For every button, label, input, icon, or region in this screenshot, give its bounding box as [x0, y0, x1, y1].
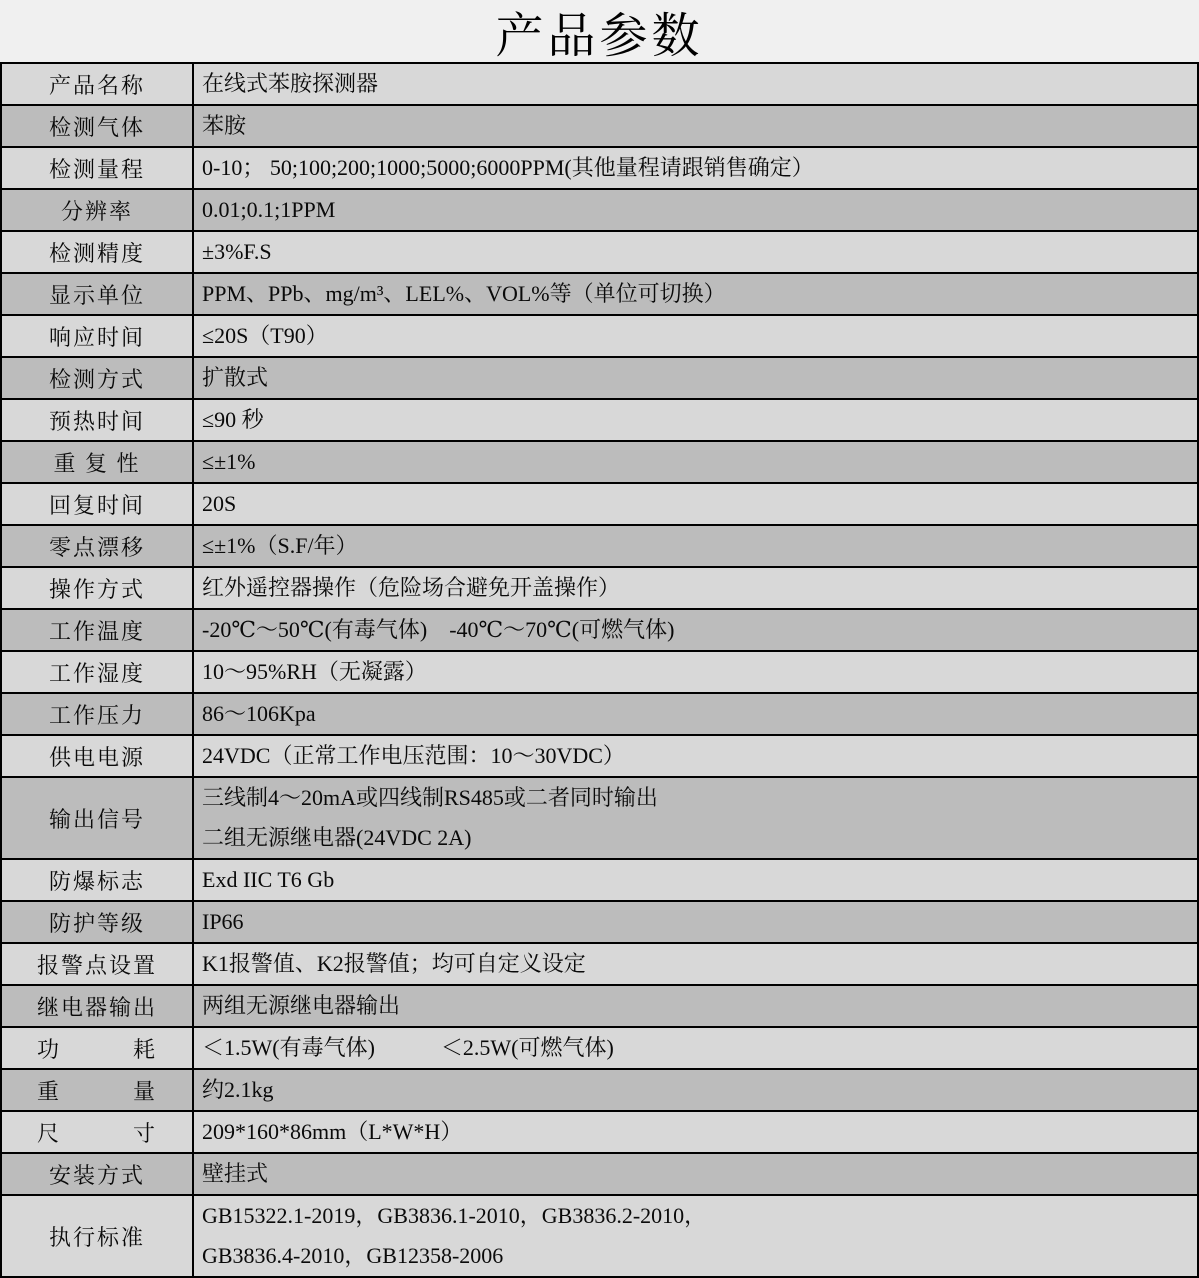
param-label: 工作压力: [1, 693, 193, 735]
table-row: 安装方式壁挂式: [1, 1153, 1198, 1195]
param-value: IP66: [193, 901, 1198, 943]
table-row: 预热时间≤90 秒: [1, 399, 1198, 441]
param-value: 红外遥控器操作（危险场合避免开盖操作）: [193, 567, 1198, 609]
param-label: 执行标准: [1, 1195, 193, 1277]
param-label: 检测方式: [1, 357, 193, 399]
table-row: 工作压力86～106Kpa: [1, 693, 1198, 735]
param-label: 尺 寸: [1, 1111, 193, 1153]
param-value: 三线制4～20mA或四线制RS485或二者同时输出 二组无源继电器(24VDC …: [193, 777, 1198, 859]
spec-table: 产品名称在线式苯胺探测器检测气体苯胺检测量程0-10； 50;100;200;1…: [0, 62, 1199, 1278]
table-row: 零点漂移≤±1%（S.F/年）: [1, 525, 1198, 567]
table-row: 检测量程0-10； 50;100;200;1000;5000;6000PPM(其…: [1, 147, 1198, 189]
table-row: 重 复 性≤±1%: [1, 441, 1198, 483]
table-row: 防爆标志Exd IIC T6 Gb: [1, 859, 1198, 901]
table-row: 回复时间20S: [1, 483, 1198, 525]
table-row: 工作温度-20℃～50℃(有毒气体) -40℃～70℃(可燃气体): [1, 609, 1198, 651]
table-row: 尺 寸209*160*86mm（L*W*H）: [1, 1111, 1198, 1153]
param-value: 苯胺: [193, 105, 1198, 147]
param-label: 继电器输出: [1, 985, 193, 1027]
param-value: 约2.1kg: [193, 1069, 1198, 1111]
param-value: ＜1.5W(有毒气体) ＜2.5W(可燃气体): [193, 1027, 1198, 1069]
param-label: 操作方式: [1, 567, 193, 609]
param-value: 0.01;0.1;1PPM: [193, 189, 1198, 231]
param-label: 功 耗: [1, 1027, 193, 1069]
param-value: 在线式苯胺探测器: [193, 63, 1198, 105]
table-row: 功 耗＜1.5W(有毒气体) ＜2.5W(可燃气体): [1, 1027, 1198, 1069]
param-label: 重 复 性: [1, 441, 193, 483]
table-row: 供电电源24VDC（正常工作电压范围：10～30VDC）: [1, 735, 1198, 777]
param-label: 工作温度: [1, 609, 193, 651]
param-label: 检测气体: [1, 105, 193, 147]
param-value: ≤±1%: [193, 441, 1198, 483]
param-value: 两组无源继电器输出: [193, 985, 1198, 1027]
param-value: -20℃～50℃(有毒气体) -40℃～70℃(可燃气体): [193, 609, 1198, 651]
spec-table-body: 产品名称在线式苯胺探测器检测气体苯胺检测量程0-10； 50;100;200;1…: [1, 63, 1198, 1277]
param-value: Exd IIC T6 Gb: [193, 859, 1198, 901]
table-row: 检测方式扩散式: [1, 357, 1198, 399]
param-value: 209*160*86mm（L*W*H）: [193, 1111, 1198, 1153]
param-label: 检测精度: [1, 231, 193, 273]
param-value: 扩散式: [193, 357, 1198, 399]
param-value: ±3%F.S: [193, 231, 1198, 273]
table-row: 报警点设置K1报警值、K2报警值；均可自定义设定: [1, 943, 1198, 985]
param-label: 零点漂移: [1, 525, 193, 567]
table-row: 产品名称在线式苯胺探测器: [1, 63, 1198, 105]
param-value: 20S: [193, 483, 1198, 525]
param-value: ≤20S（T90）: [193, 315, 1198, 357]
table-row: 分辨率0.01;0.1;1PPM: [1, 189, 1198, 231]
param-value: 0-10； 50;100;200;1000;5000;6000PPM(其他量程请…: [193, 147, 1198, 189]
table-row: 执行标准GB15322.1-2019，GB3836.1-2010，GB3836.…: [1, 1195, 1198, 1277]
page-title: 产品参数: [0, 0, 1199, 62]
table-row: 继电器输出两组无源继电器输出: [1, 985, 1198, 1027]
param-value: K1报警值、K2报警值；均可自定义设定: [193, 943, 1198, 985]
param-value: 壁挂式: [193, 1153, 1198, 1195]
param-value: 10～95%RH（无凝露）: [193, 651, 1198, 693]
table-row: 输出信号三线制4～20mA或四线制RS485或二者同时输出 二组无源继电器(24…: [1, 777, 1198, 859]
param-label: 防爆标志: [1, 859, 193, 901]
param-label: 供电电源: [1, 735, 193, 777]
param-value: PPM、PPb、mg/m³、LEL%、VOL%等（单位可切换）: [193, 273, 1198, 315]
table-row: 工作湿度10～95%RH（无凝露）: [1, 651, 1198, 693]
param-label: 输出信号: [1, 777, 193, 859]
param-label: 显示单位: [1, 273, 193, 315]
param-label: 分辨率: [1, 189, 193, 231]
param-value: ≤±1%（S.F/年）: [193, 525, 1198, 567]
param-label: 产品名称: [1, 63, 193, 105]
param-value: 86～106Kpa: [193, 693, 1198, 735]
param-label: 响应时间: [1, 315, 193, 357]
table-row: 检测气体苯胺: [1, 105, 1198, 147]
param-label: 工作湿度: [1, 651, 193, 693]
param-value: 24VDC（正常工作电压范围：10～30VDC）: [193, 735, 1198, 777]
param-label: 回复时间: [1, 483, 193, 525]
param-label: 重 量: [1, 1069, 193, 1111]
param-value: ≤90 秒: [193, 399, 1198, 441]
table-row: 响应时间≤20S（T90）: [1, 315, 1198, 357]
table-row: 显示单位PPM、PPb、mg/m³、LEL%、VOL%等（单位可切换）: [1, 273, 1198, 315]
param-label: 报警点设置: [1, 943, 193, 985]
table-row: 操作方式红外遥控器操作（危险场合避免开盖操作）: [1, 567, 1198, 609]
table-row: 检测精度±3%F.S: [1, 231, 1198, 273]
param-label: 防护等级: [1, 901, 193, 943]
param-label: 检测量程: [1, 147, 193, 189]
param-label: 安装方式: [1, 1153, 193, 1195]
param-value: GB15322.1-2019，GB3836.1-2010，GB3836.2-20…: [193, 1195, 1198, 1277]
table-row: 防护等级IP66: [1, 901, 1198, 943]
param-label: 预热时间: [1, 399, 193, 441]
table-row: 重 量约2.1kg: [1, 1069, 1198, 1111]
